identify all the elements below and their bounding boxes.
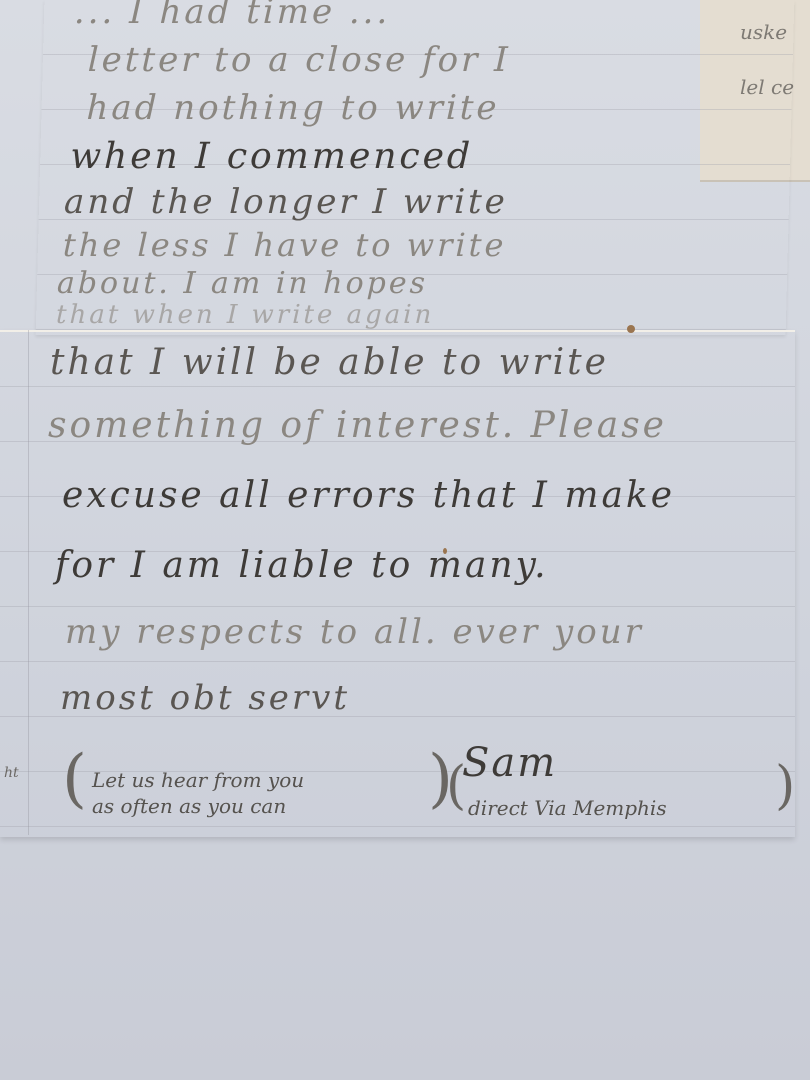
signature: Sam <box>462 740 557 786</box>
letter-line: my respects to all. ever your <box>65 612 644 652</box>
letter-line: excuse all errors that I make <box>62 475 675 516</box>
letter-line: for I am liable to many. <box>55 545 549 586</box>
postscript-line: as often as you can <box>92 794 286 818</box>
close-paren: ) <box>775 756 795 816</box>
letter-line: when I commenced <box>70 136 474 177</box>
open-paren: ( <box>62 742 87 816</box>
letter-line: letter to a close for I <box>87 40 511 80</box>
open-paren: ( <box>446 756 466 816</box>
letter-line: that when I write again <box>56 300 435 330</box>
letter-line: ... I had time ... <box>74 0 391 32</box>
letter-upper-panel: ... I had time ... letter to a close for… <box>36 0 795 335</box>
margin-line <box>28 330 29 835</box>
letter-line: about. I am in hopes <box>57 266 429 301</box>
letter-line: the less I have to write <box>62 226 506 264</box>
letter-line: that I will be able to write <box>50 342 609 383</box>
letter-line: something of interest. Please <box>48 405 667 446</box>
postscript-direction: direct Via Memphis <box>468 796 667 820</box>
ink-stain <box>627 325 635 333</box>
edge-mark: ht <box>4 765 19 781</box>
letter-line: and the longer I write <box>64 182 509 222</box>
letter-line: had nothing to write <box>86 88 500 128</box>
letter-line: most obt servt <box>60 678 350 718</box>
postscript-line: Let us hear from you <box>92 768 304 792</box>
